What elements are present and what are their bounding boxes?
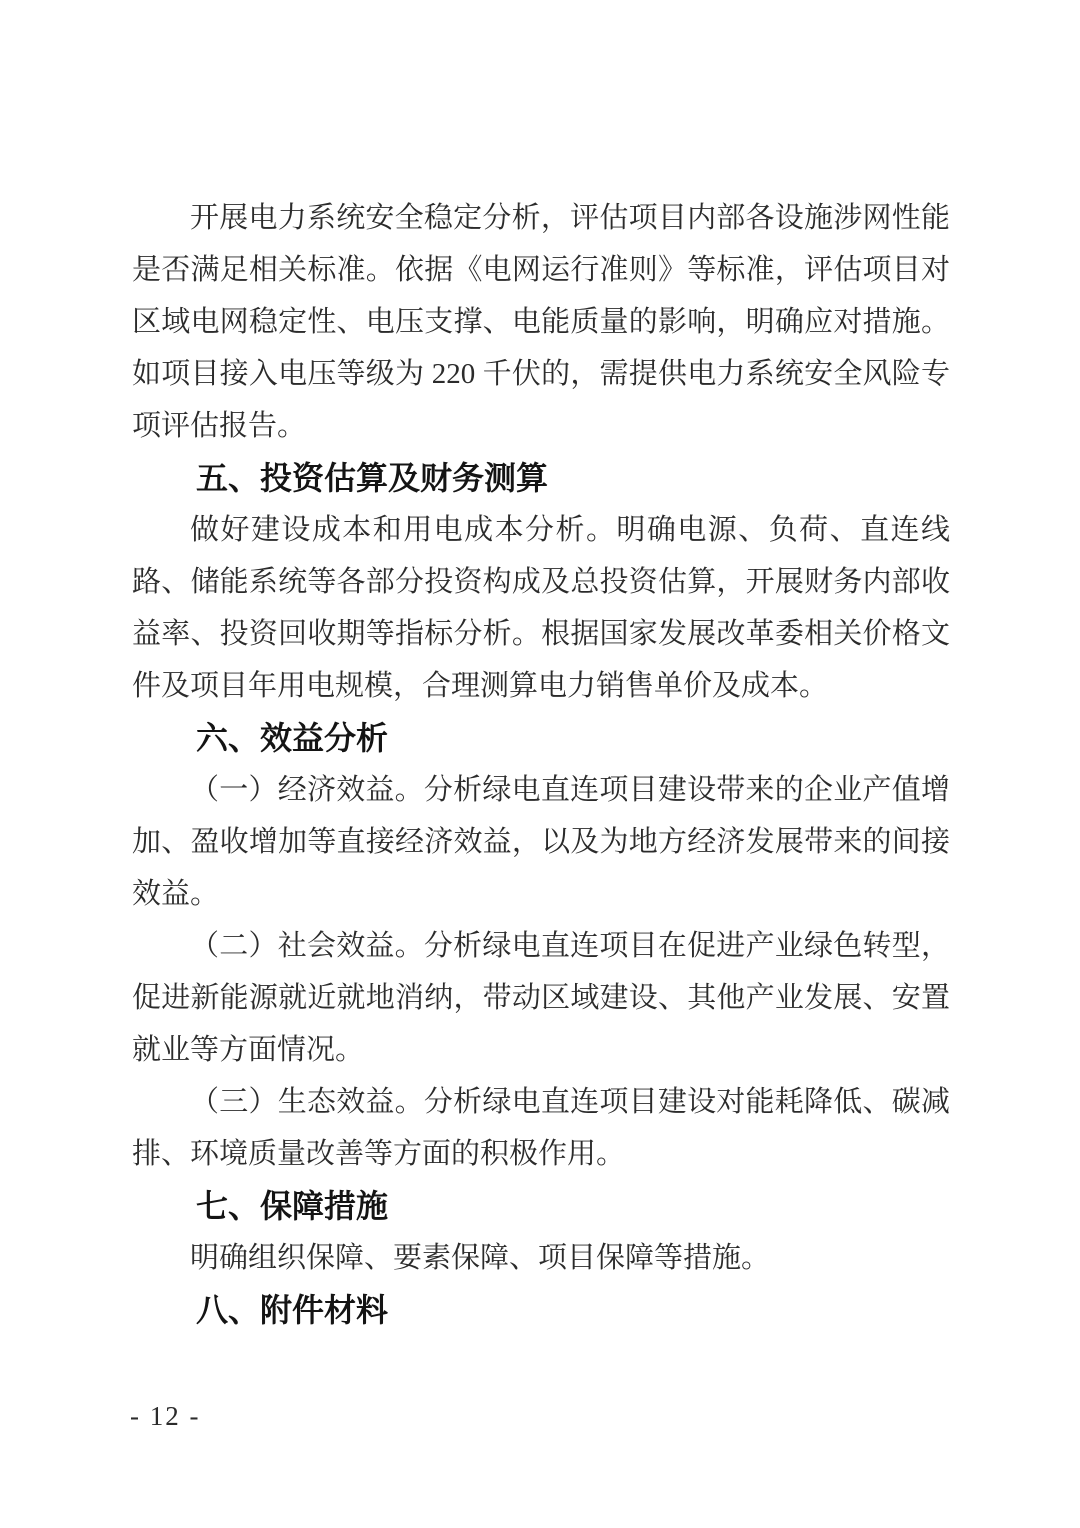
para-economic-benefit: （一）经济效益。分析绿电直连项目建设带来的企业产值增加、盈收增加等直接经济效益，…: [132, 764, 950, 920]
document-page: 开展电力系统安全稳定分析，评估项目内部各设施涉网性能是否满足相关标准。依据《电网…: [0, 0, 1080, 1528]
heading-section-5-investment: 五、投资估算及财务测算: [132, 452, 950, 504]
para-power-system-safety: 开展电力系统安全稳定分析，评估项目内部各设施涉网性能是否满足相关标准。依据《电网…: [132, 192, 950, 452]
page-number: - 12 -: [130, 1398, 200, 1434]
para-safeguard-detail: 明确组织保障、要素保障、项目保障等措施。: [132, 1232, 950, 1284]
heading-section-7-safeguard-measures: 七、保障措施: [132, 1180, 950, 1232]
para-investment-estimate: 做好建设成本和用电成本分析。明确电源、负荷、直连线路、储能系统等各部分投资构成及…: [132, 504, 950, 712]
heading-section-6-benefit-analysis: 六、效益分析: [132, 712, 950, 764]
document-body: 开展电力系统安全稳定分析，评估项目内部各设施涉网性能是否满足相关标准。依据《电网…: [132, 192, 950, 1336]
para-social-benefit: （二）社会效益。分析绿电直连项目在促进产业绿色转型，促进新能源就近就地消纳，带动…: [132, 920, 950, 1076]
heading-section-8-attachments: 八、附件材料: [132, 1284, 950, 1336]
para-ecological-benefit: （三）生态效益。分析绿电直连项目建设对能耗降低、碳减排、环境质量改善等方面的积极…: [132, 1076, 950, 1180]
